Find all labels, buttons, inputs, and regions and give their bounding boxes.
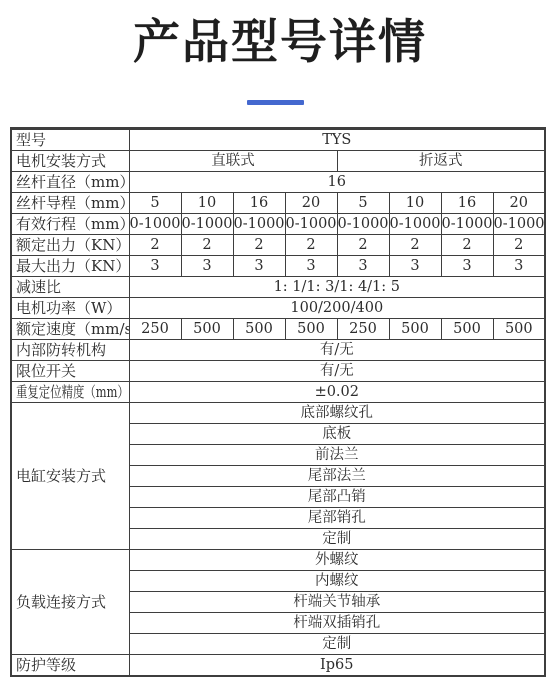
value-cell: 2 xyxy=(129,235,181,256)
table-row: 限位开关有/无 xyxy=(11,361,545,382)
value-cell: 2 xyxy=(441,235,493,256)
value-cell: 0-1000 xyxy=(129,214,181,235)
value-cell: 0-1000 xyxy=(389,214,441,235)
value-cell: 16 xyxy=(233,193,285,214)
value-cell: 定制 xyxy=(129,529,545,550)
value-cell: 0-1000 xyxy=(441,214,493,235)
product-spec-table: 型号TYS电机安装方式直联式折返式丝杆直径（mm）16丝杆导程（mm）51016… xyxy=(10,127,546,677)
value-cell: 定制 xyxy=(129,634,545,655)
spec-table-body: 型号TYS电机安装方式直联式折返式丝杆直径（mm）16丝杆导程（mm）51016… xyxy=(11,129,545,677)
row-label-cell: 限位开关 xyxy=(11,361,129,382)
value-cell: 0-1000 xyxy=(493,214,545,235)
row-label-text: 型号 xyxy=(16,130,46,150)
value-cell: 尾部凸销 xyxy=(129,487,545,508)
value-cell: Ip65 xyxy=(129,655,545,677)
row-label-cell: 内部防转机构 xyxy=(11,340,129,361)
value-cell: 2 xyxy=(233,235,285,256)
table-row: 最大出力（KN）33333333 xyxy=(11,256,545,277)
value-cell: 10 xyxy=(181,193,233,214)
row-label-cell: 丝杆导程（mm） xyxy=(11,193,129,214)
value-cell: 外螺纹 xyxy=(129,550,545,571)
value-cell: 3 xyxy=(389,256,441,277)
row-label-cell: 额定速度（mm/s） xyxy=(11,319,129,340)
value-cell: 500 xyxy=(181,319,233,340)
value-cell: 16 xyxy=(129,172,545,193)
value-cell: 16 xyxy=(441,193,493,214)
value-cell: 10 xyxy=(389,193,441,214)
table-row: 内部防转机构有/无 xyxy=(11,340,545,361)
table-row: 额定速度（mm/s）250500500500250500500500 xyxy=(11,319,545,340)
value-cell: 2 xyxy=(285,235,337,256)
value-cell: 前法兰 xyxy=(129,445,545,466)
value-cell: 5 xyxy=(129,193,181,214)
value-cell: 3 xyxy=(493,256,545,277)
row-label-text: 最大出力（KN） xyxy=(16,256,129,276)
value-cell: 2 xyxy=(181,235,233,256)
value-cell: 折返式 xyxy=(337,151,545,172)
table-row: 丝杆导程（mm）51016205101620 xyxy=(11,193,545,214)
value-cell: 500 xyxy=(493,319,545,340)
row-label-cell: 防护等级 xyxy=(11,655,129,677)
value-cell: 250 xyxy=(129,319,181,340)
row-label-cell: 丝杆直径（mm） xyxy=(11,172,129,193)
value-cell: 5 xyxy=(337,193,389,214)
row-label-text: 限位开关 xyxy=(16,361,76,381)
value-cell: 3 xyxy=(181,256,233,277)
table-row: 额定出力（KN）22222222 xyxy=(11,235,545,256)
title-underline-accent xyxy=(247,100,304,105)
value-cell: 3 xyxy=(285,256,337,277)
value-cell: 内螺纹 xyxy=(129,571,545,592)
row-label-text: 减速比 xyxy=(16,277,61,297)
row-label-text: 丝杆导程（mm） xyxy=(16,193,129,213)
row-label-cell: 最大出力（KN） xyxy=(11,256,129,277)
row-label-cell: 重复定位精度（mm） xyxy=(11,382,129,403)
row-label-cell: 电机安装方式 xyxy=(11,151,129,172)
row-label-text: 额定出力（KN） xyxy=(16,235,129,255)
value-cell: 20 xyxy=(285,193,337,214)
value-cell: 3 xyxy=(337,256,389,277)
value-cell: TYS xyxy=(129,129,545,151)
value-cell: 500 xyxy=(389,319,441,340)
row-label-cell: 电缸安装方式 xyxy=(11,403,129,550)
value-cell: 100/200/400 xyxy=(129,298,545,319)
value-cell: 3 xyxy=(441,256,493,277)
value-cell: 250 xyxy=(337,319,389,340)
value-cell: 直联式 xyxy=(129,151,337,172)
row-label-cell: 型号 xyxy=(11,129,129,151)
value-cell: 杆端关节轴承 xyxy=(129,592,545,613)
value-cell: 0-1000 xyxy=(337,214,389,235)
table-row: 电机安装方式直联式折返式 xyxy=(11,151,545,172)
value-cell: 有/无 xyxy=(129,361,545,382)
value-cell: 500 xyxy=(441,319,493,340)
value-cell: 尾部法兰 xyxy=(129,466,545,487)
value-cell: ±0.02 xyxy=(129,382,545,403)
row-label-text: 防护等级 xyxy=(16,655,76,675)
value-cell: 底部螺纹孔 xyxy=(129,403,545,424)
row-label-text: 重复定位精度（mm） xyxy=(16,382,129,402)
row-label-cell: 负载连接方式 xyxy=(11,550,129,655)
row-label-text: 有效行程（mm） xyxy=(16,214,129,234)
value-cell: 2 xyxy=(493,235,545,256)
table-row: 型号TYS xyxy=(11,129,545,151)
value-cell: 有/无 xyxy=(129,340,545,361)
table-row: 电缸安装方式底部螺纹孔 xyxy=(11,403,545,424)
row-label-cell: 减速比 xyxy=(11,277,129,298)
row-label-text: 负载连接方式 xyxy=(16,592,106,612)
value-cell: 3 xyxy=(233,256,285,277)
value-cell: 0-1000 xyxy=(233,214,285,235)
value-cell: 2 xyxy=(389,235,441,256)
table-row: 负载连接方式外螺纹 xyxy=(11,550,545,571)
value-cell: 底板 xyxy=(129,424,545,445)
value-cell: 500 xyxy=(233,319,285,340)
value-cell: 0-1000 xyxy=(285,214,337,235)
table-row: 丝杆直径（mm）16 xyxy=(11,172,545,193)
table-row: 减速比1: 1/1: 3/1: 4/1: 5 xyxy=(11,277,545,298)
row-label-cell: 电机功率（W） xyxy=(11,298,129,319)
value-cell: 20 xyxy=(493,193,545,214)
value-cell: 2 xyxy=(337,235,389,256)
row-label-cell: 有效行程（mm） xyxy=(11,214,129,235)
row-label-text: 电机安装方式 xyxy=(16,151,106,171)
row-label-text: 内部防转机构 xyxy=(16,340,106,360)
row-label-text: 额定速度（mm/s） xyxy=(16,319,129,339)
value-cell: 3 xyxy=(129,256,181,277)
value-cell: 1: 1/1: 3/1: 4/1: 5 xyxy=(129,277,545,298)
table-row: 防护等级Ip65 xyxy=(11,655,545,677)
table-row: 重复定位精度（mm）±0.02 xyxy=(11,382,545,403)
row-label-text: 电机功率（W） xyxy=(16,298,121,318)
row-label-text: 丝杆直径（mm） xyxy=(16,172,129,192)
row-label-cell: 额定出力（KN） xyxy=(11,235,129,256)
page-title: 产品型号详情 xyxy=(0,6,560,78)
value-cell: 杆端双插销孔 xyxy=(129,613,545,634)
value-cell: 500 xyxy=(285,319,337,340)
value-cell: 0-1000 xyxy=(181,214,233,235)
table-row: 有效行程（mm）0-10000-10000-10000-10000-10000-… xyxy=(11,214,545,235)
value-cell: 尾部销孔 xyxy=(129,508,545,529)
table-row: 电机功率（W）100/200/400 xyxy=(11,298,545,319)
product-spec-section: 型号TYS电机安装方式直联式折返式丝杆直径（mm）16丝杆导程（mm）51016… xyxy=(10,127,546,677)
row-label-text: 电缸安装方式 xyxy=(16,466,106,486)
